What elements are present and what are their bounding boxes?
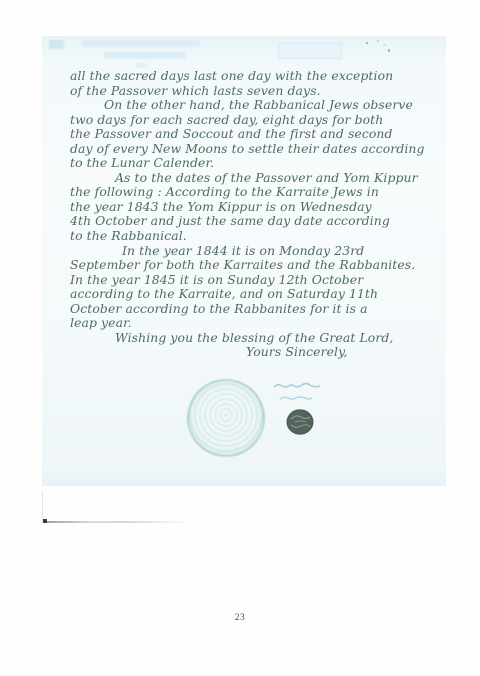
letter-line: As to the dates of the Passover and Yom … (115, 171, 436, 186)
scan-edge-artifact (42, 492, 43, 522)
scanned-page: all the sacred days last one day with th… (0, 0, 480, 676)
letter-body: all the sacred days last one day with th… (70, 69, 436, 360)
letter-line: leap year. (70, 316, 436, 331)
letter-line: In the year 1844 it is on Monday 23rd (122, 244, 436, 259)
letterhead-bleed-box (278, 43, 342, 59)
letterhead-bleed-block (49, 40, 64, 49)
letter-line: the year 1843 the Yom Kippur is on Wedne… (70, 200, 436, 215)
letter-line: the Passover and Soccout and the first a… (70, 127, 436, 142)
dark-seal-icon (286, 408, 314, 436)
letter-line: all the sacred days last one day with th… (70, 69, 436, 84)
page-number: 23 (0, 613, 480, 623)
letter-line: On the other hand, the Rabbanical Jews o… (104, 98, 436, 113)
scan-speck (388, 49, 390, 52)
letter-line: the following : According to the Karrait… (70, 185, 436, 200)
scan-speck (377, 40, 379, 42)
letter-line: September for both the Karraites and the… (70, 258, 436, 273)
signature-line: Yours Sincerely, (246, 345, 436, 360)
letter-line: day of every New Moons to settle their d… (70, 142, 436, 157)
scan-speck (383, 44, 386, 46)
letter-line: two days for each sacred day, eight days… (70, 113, 436, 128)
round-stamp-icon (187, 379, 265, 457)
letter-line: October according to the Rabbanites for … (70, 302, 436, 317)
letterhead-bleed-text-line (82, 40, 200, 47)
arabic-script-icon (271, 381, 323, 407)
letter-line: Wishing you the blessing of the Great Lo… (115, 331, 436, 346)
letter-line: according to the Karraite, and on Saturd… (70, 287, 436, 302)
letterhead-bleed-text-line (104, 52, 186, 59)
letter-line: to the Lunar Calender. (70, 156, 436, 171)
scan-smudge-line (47, 521, 195, 523)
letter-line: of the Passover which lasts seven days. (70, 84, 436, 99)
letter-line: 4th October and just the same day date a… (70, 214, 436, 229)
letter-line: to the Rabbanical. (70, 229, 436, 244)
scan-speck (366, 42, 368, 44)
letter-line: In the year 1845 it is on Sunday 12th Oc… (70, 273, 436, 288)
